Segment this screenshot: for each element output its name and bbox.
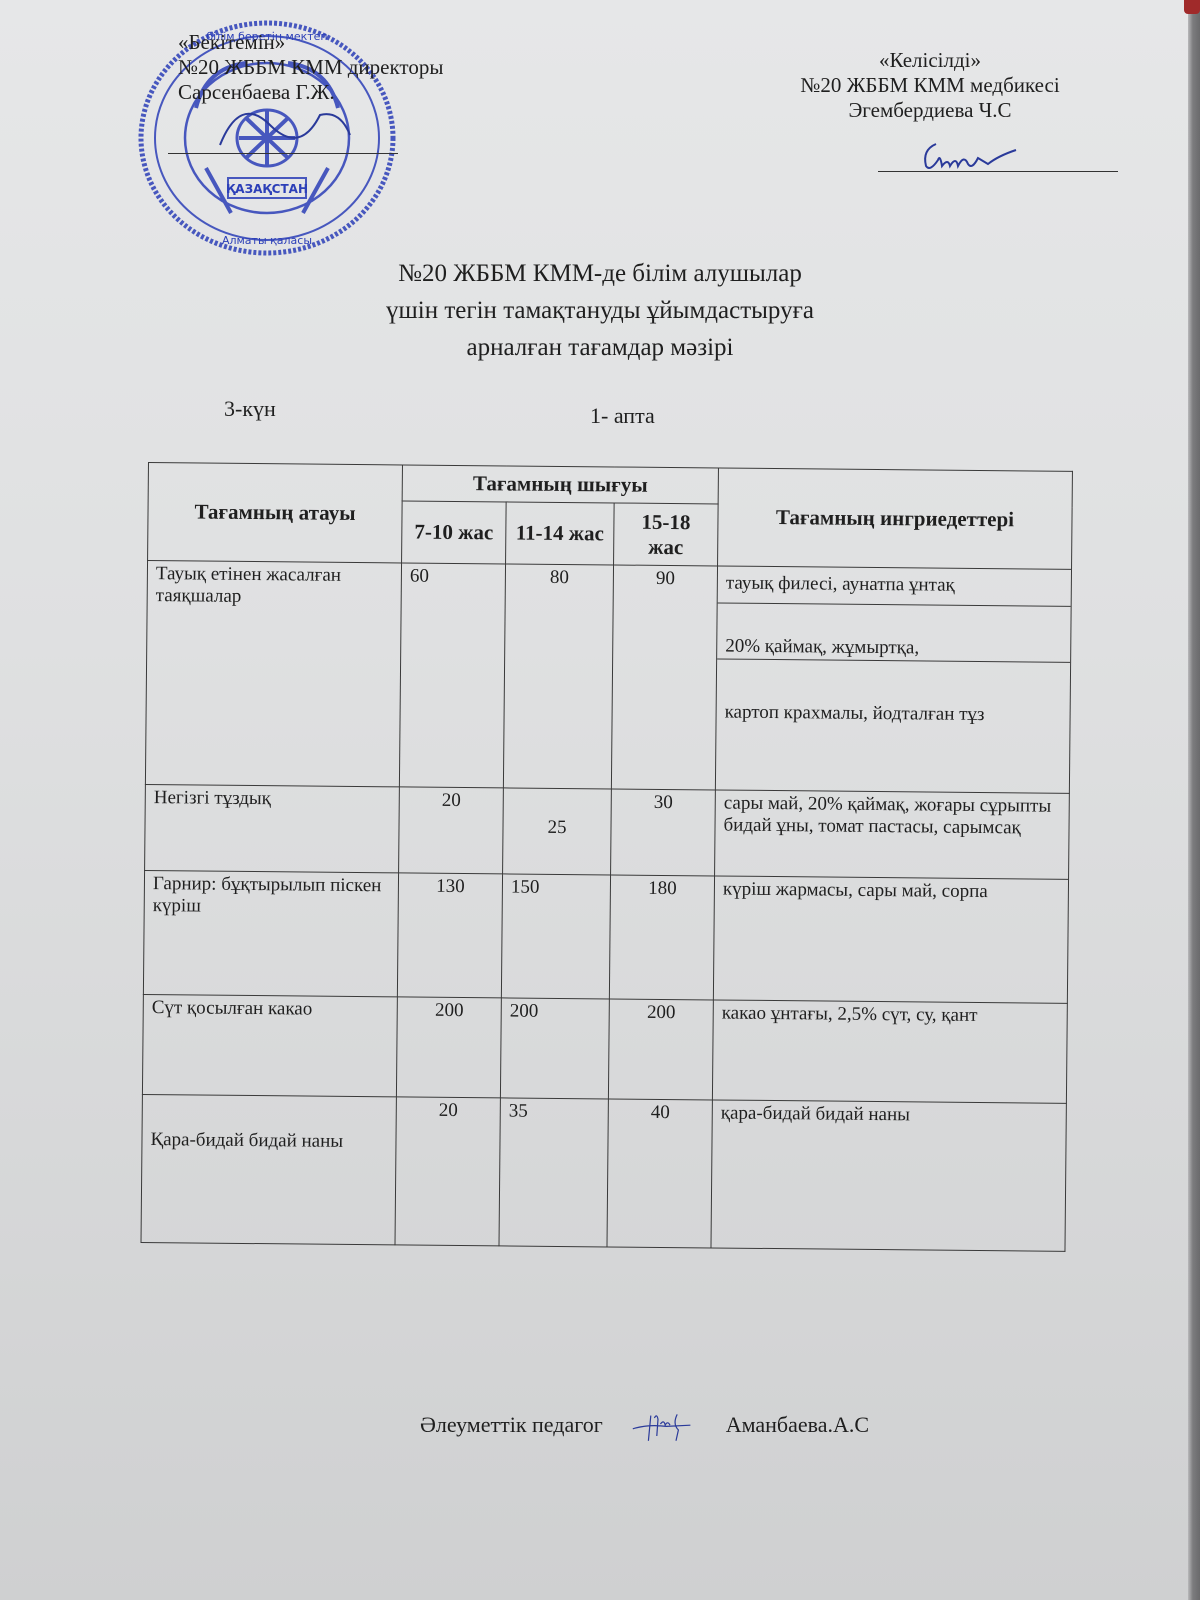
background-object	[1184, 0, 1200, 14]
title-line-3: арналған тағамдар мәзірі	[200, 329, 1000, 366]
portion-15-18: 30	[611, 789, 716, 876]
portion-7-10: 60	[399, 563, 505, 788]
footer-name: Аманбаева.А.С	[726, 1412, 869, 1437]
svg-text:ҚАЗАҚСТАН: ҚАЗАҚСТАН	[226, 182, 308, 196]
title-line-2: үшін тегін тамақтануды ұйымдастыруға	[200, 292, 1000, 329]
portion-7-10: 200	[396, 997, 501, 1098]
header-age-7-10: 7-10 жас	[402, 501, 507, 564]
footer-role: Әлеуметтік педагог	[420, 1412, 603, 1437]
portion-11-14: 25	[503, 788, 612, 875]
header-ingredients: Тағамның ингриедеттері	[718, 468, 1073, 569]
portion-11-14: 200	[500, 998, 609, 1099]
approval-position: №20 ЖББМ КММ директоры	[178, 55, 443, 80]
header-age-15-18: 15-18 жас	[614, 503, 719, 566]
table-row: Гарнир: бұқтырылып піскен күріш 130 150 …	[143, 870, 1068, 1003]
menu-table: Тағамның атауы Тағамның шығуы Тағамның и…	[141, 462, 1073, 1252]
table-row: Сүт қосылған какао 200 200 200 какао ұнт…	[142, 994, 1067, 1103]
portion-7-10: 20	[399, 787, 504, 874]
table-row: Қара-бидай бидай наны 20 35 40 қара-бида…	[141, 1094, 1066, 1251]
dish-ingredients: тауық филесі, аунатпа ұнтақ 20% қаймақ, …	[715, 566, 1071, 793]
portion-7-10: 20	[395, 1097, 500, 1246]
portion-15-18: 180	[609, 875, 714, 1000]
week-label: 1- апта	[590, 403, 655, 429]
day-label: 3-күн	[224, 396, 276, 422]
dish-name: Қара-бидай бидай наны	[141, 1094, 396, 1244]
dish-name: Сүт қосылған какао	[142, 994, 397, 1096]
portion-11-14: 80	[503, 564, 613, 789]
page-edge	[1188, 0, 1200, 1600]
dish-name: Тауық етінен жасалған таяқшалар	[145, 561, 401, 787]
portion-15-18: 90	[611, 565, 717, 790]
dish-ingredients: сары май, 20% қаймақ, жоғары сұрыпты бид…	[715, 790, 1070, 879]
portion-15-18: 40	[607, 1099, 712, 1248]
ingredient-line: 20% қаймақ, жұмыртқа,	[717, 603, 1071, 662]
header-age-11-14: 11-14 жас	[506, 502, 615, 565]
agreement-position: №20 ЖББМ КММ медбикесі	[740, 73, 1120, 98]
portion-7-10: 130	[397, 873, 502, 998]
footer-signature-block: Әлеуметтік педагог Аманбаева.А.С	[420, 1412, 869, 1442]
pedagog-signature-icon	[608, 1412, 720, 1442]
header-output: Тағамның шығуы	[402, 465, 718, 504]
dish-name: Негізгі тұздық	[145, 784, 400, 872]
agreement-name: Эгембердиева Ч.С	[740, 98, 1120, 123]
approval-label: «Бекітемін»	[178, 30, 443, 55]
director-signature-icon	[200, 85, 360, 165]
dish-ingredients: күріш жармасы, сары май, сорпа	[713, 876, 1068, 1003]
dish-ingredients: какао ұнтағы, 2,5% сүт, су, қант	[712, 1000, 1067, 1103]
nurse-signature-icon	[918, 136, 1028, 176]
agreement-label: «Келісілді»	[740, 48, 1120, 73]
header-dish-name: Тағамның атауы	[148, 463, 403, 563]
svg-text:Алматы қаласы: Алматы қаласы	[222, 234, 312, 247]
portion-15-18: 200	[608, 999, 713, 1100]
table-row: Негізгі тұздық 20 25 30 сары май, 20% қа…	[145, 784, 1070, 879]
dish-ingredients: қара-бидай бидай наны	[711, 1100, 1066, 1251]
ingredient-line: картоп крахмалы, йодталған тұз	[716, 659, 1070, 790]
table-row: Тауық етінен жасалған таяқшалар 60 80 90…	[145, 561, 1071, 794]
title-line-1: №20 ЖББМ КММ-де білім алушылар	[200, 255, 1000, 292]
document-title: №20 ЖББМ КММ-де білім алушылар үшін тегі…	[200, 255, 1000, 366]
agreement-block: «Келісілді» №20 ЖББМ КММ медбикесі Эгемб…	[740, 48, 1120, 123]
portion-11-14: 35	[499, 1098, 608, 1247]
dish-name: Гарнир: бұқтырылып піскен күріш	[143, 870, 398, 996]
portion-11-14: 150	[501, 874, 610, 999]
ingredient-line: тауық филесі, аунатпа ұнтақ	[718, 566, 1071, 606]
